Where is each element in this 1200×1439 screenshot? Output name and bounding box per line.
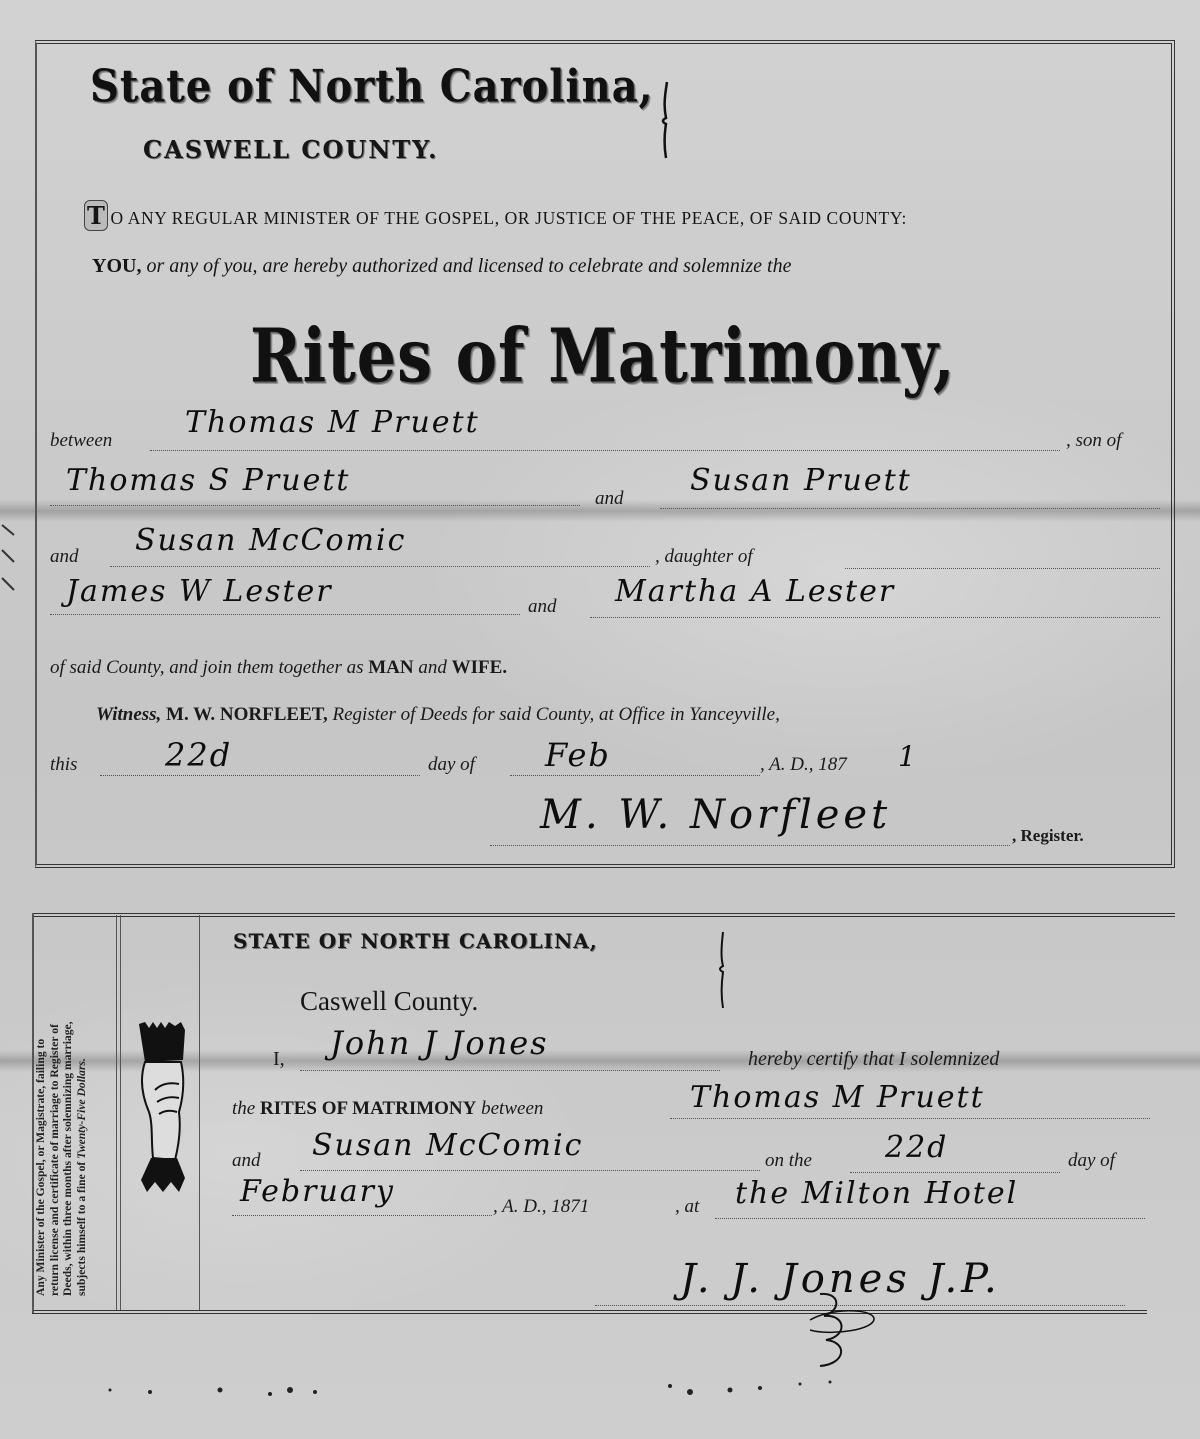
license-address-line: TO ANY REGULAR MINISTER OF THE GOSPEL, O… xyxy=(84,201,907,230)
between-label: between xyxy=(481,1098,543,1119)
man-label: MAN xyxy=(368,657,413,678)
rites-title: Rites of Matrimony, xyxy=(250,312,956,400)
at-label: , at xyxy=(675,1196,699,1218)
bride-mother-value: Martha A Lester xyxy=(615,574,895,609)
address-text: O ANY REGULAR MINISTER OF THE GOSPEL, OR… xyxy=(110,208,906,228)
emblem-divider xyxy=(199,915,200,1310)
bride-name-field xyxy=(110,566,650,567)
sidebar-divider xyxy=(116,915,121,1310)
ad-label: , A. D., 1871 xyxy=(493,1196,589,1218)
ink-stains xyxy=(100,1380,1200,1420)
signature-flourish xyxy=(790,1290,880,1380)
bride-name-value: Susan McComic xyxy=(312,1128,583,1163)
groom-name-field xyxy=(670,1118,1150,1119)
groom-father-value: Thomas S Pruett xyxy=(66,463,350,498)
license-state-title: State of North Carolina, xyxy=(90,60,654,113)
brace-mark xyxy=(658,80,674,160)
register-label: , Register. xyxy=(1012,826,1084,846)
officiant-field xyxy=(300,1070,720,1071)
bride-father-field xyxy=(50,614,520,615)
groom-name-field xyxy=(150,450,1060,451)
witness-name: M. W. NORFLEET, xyxy=(166,704,328,725)
clasped-hands-icon xyxy=(135,1020,190,1195)
ornamental-initial: T xyxy=(84,200,108,231)
certificate-bottom-rule xyxy=(32,1310,1147,1314)
officiant-name-value: John J Jones xyxy=(330,1024,549,1062)
month-value: February xyxy=(240,1174,395,1209)
groom-mother-field xyxy=(660,508,1160,509)
notice-line: Any Minister of the Gospel, or Magistrat… xyxy=(34,911,48,1296)
signature-field xyxy=(490,845,1010,846)
register-signature: M. W. Norfleet xyxy=(540,792,891,838)
bride-mother-field xyxy=(590,617,1160,618)
fine-amount: Twenty-Five Dollars. xyxy=(75,1058,88,1159)
bride-name-field xyxy=(300,1170,760,1171)
month-field xyxy=(232,1215,492,1216)
and-label: and xyxy=(50,546,79,568)
notice-line: Deeds, within three months after solemni… xyxy=(61,911,75,1296)
bride-name-value: Susan McComic xyxy=(135,523,406,558)
between-label: between xyxy=(50,430,112,452)
rites-caps-label: RITES OF MATRIMONY xyxy=(260,1098,476,1119)
rites-line: the RITES OF MATRIMONY between xyxy=(232,1098,543,1120)
authorization-text: or any of you, are hereby authorized and… xyxy=(146,255,791,277)
witness-line: Witness, M. W. NORFLEET, Register of Dee… xyxy=(96,704,780,726)
and-label: and xyxy=(232,1150,261,1172)
certificate-top-rule xyxy=(32,913,1175,917)
authorization-line: YOU, or any of you, are hereby authorize… xyxy=(92,255,792,278)
and-label: and xyxy=(595,488,624,510)
you-label: YOU, xyxy=(92,255,141,277)
month-value: Feb xyxy=(545,736,611,774)
and-label: and xyxy=(528,596,557,618)
day-of-label: day of xyxy=(428,754,475,776)
fine-notice: Any Minister of the Gospel, or Magistrat… xyxy=(34,911,116,1296)
day-field xyxy=(100,775,420,776)
bride-father-value: James W Lester xyxy=(66,574,333,609)
day-value: 22d xyxy=(885,1130,948,1165)
edge-mark xyxy=(0,520,20,600)
brace-mark xyxy=(715,930,731,1010)
certify-text: hereby certify that I solemnized xyxy=(748,1048,999,1071)
join-line: of said County, and join them together a… xyxy=(50,657,507,679)
the-label: the xyxy=(232,1098,255,1119)
certificate-state-title: STATE OF NORTH CAROLINA, xyxy=(233,929,598,953)
witness-text: Register of Deeds for said County, at Of… xyxy=(333,704,780,725)
day-of-label: day of xyxy=(1068,1150,1115,1172)
join-text: of said County, and join them together a… xyxy=(50,657,364,678)
month-field xyxy=(510,775,760,776)
blank-field xyxy=(845,568,1160,569)
witness-label: Witness, xyxy=(96,704,161,725)
son-of-label: , son of xyxy=(1066,430,1121,452)
place-field xyxy=(715,1218,1145,1219)
and-label: and xyxy=(418,657,447,678)
place-value: the Milton Hotel xyxy=(735,1176,1018,1211)
groom-father-field xyxy=(50,505,580,506)
day-field xyxy=(850,1172,1060,1173)
daughter-of-label: , daughter of xyxy=(655,546,753,568)
notice-line: subjects himself to a fine of Twenty-Fiv… xyxy=(75,911,89,1296)
year-value: 1 xyxy=(898,740,918,773)
ad-label: , A. D., 187 xyxy=(760,754,847,776)
i-label: I, xyxy=(273,1048,285,1071)
groom-mother-value: Susan Pruett xyxy=(690,463,912,498)
groom-name-value: Thomas M Pruett xyxy=(690,1080,985,1115)
wife-label: WIFE. xyxy=(452,657,507,678)
this-label: this xyxy=(50,754,77,776)
notice-line: return license and certificate of marria… xyxy=(48,911,62,1296)
certificate-county-title: Caswell County. xyxy=(300,986,478,1017)
notice-text: subjects himself to a fine of xyxy=(75,1162,88,1296)
license-county-title: CASWELL COUNTY. xyxy=(143,135,439,164)
on-the-label: on the xyxy=(765,1150,812,1172)
day-value: 22d xyxy=(165,736,232,774)
groom-name-value: Thomas M Pruett xyxy=(185,405,480,440)
